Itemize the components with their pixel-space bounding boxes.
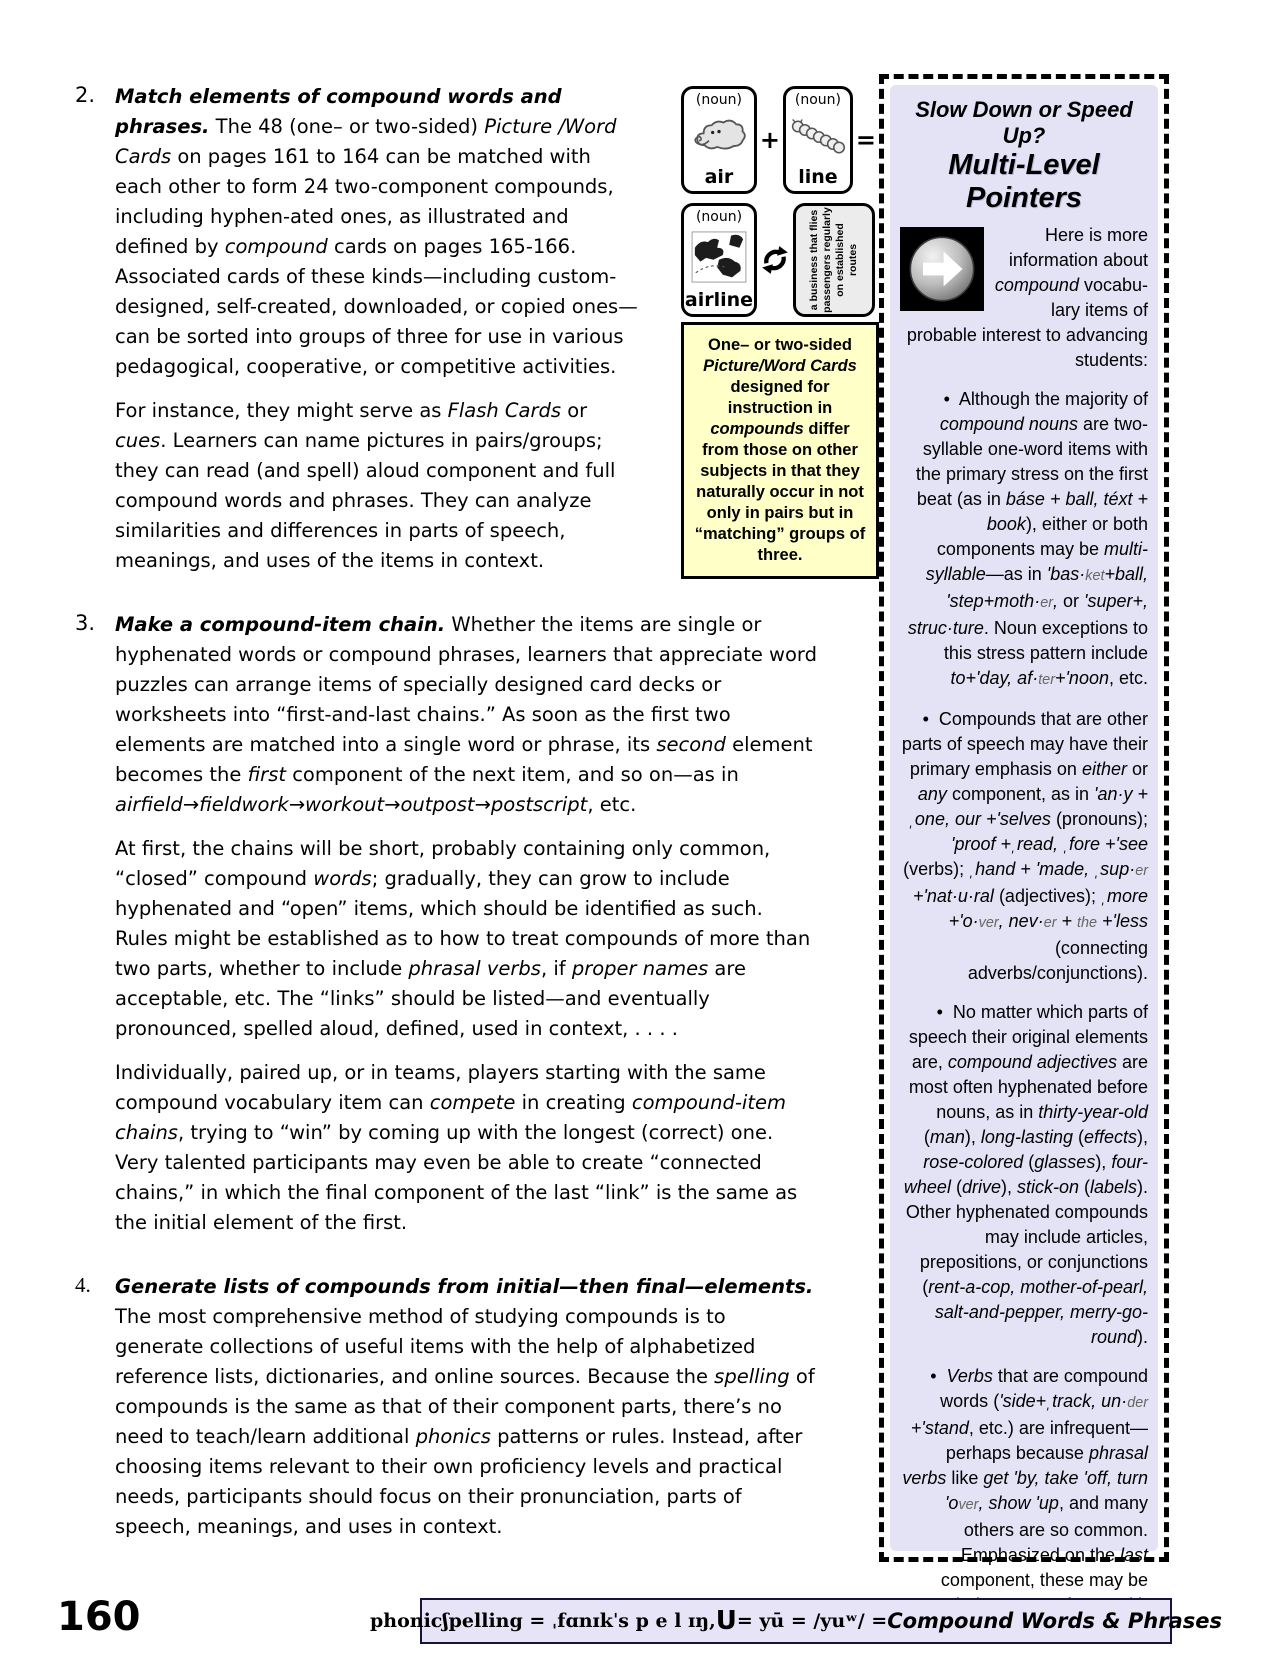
paragraph: At first, the chains will be short, prob… [115,834,820,1044]
item-body: Make a compound-item chain. Whether the … [115,610,820,1252]
arrow-icon [900,227,984,311]
cards-row-equation: (noun) air + (noun) [681,86,879,194]
paragraph: Generate lists of compounds from initial… [115,1272,820,1542]
card-word: air [705,166,734,188]
card-word: line [798,166,837,188]
sidebar-title: Multi-Level Pointers [900,149,1148,215]
sidebar-intro: Here is more information about compound … [900,223,1148,373]
map-illustration [691,231,747,283]
item-number: 2. [75,82,115,590]
definition-text: a business that flies passengers regular… [796,206,872,314]
paragraph: Individually, paired up, or in teams, pl… [115,1058,820,1238]
sidebar-bullet: • Although the majority of compound noun… [900,387,1148,693]
item-number: 4. [75,1272,115,1556]
card-word: airline [685,289,753,311]
item-number: 3. [75,610,115,1252]
card-line: (noun) line [783,86,853,194]
cards-row-result: (noun) airline a business that flies pas… [681,203,879,317]
sidebar-bullet: • Compounds that are other parts of spee… [900,707,1148,986]
sidebar-subtitle: Slow Down or Speed Up? [900,97,1148,149]
card-pos-tag: (noun) [696,92,742,108]
card-airline: (noun) airline [681,203,757,317]
sidebar: Slow Down or Speed Up? Multi-Level Point… [879,74,1169,1562]
caterpillar-illustration [790,118,846,156]
item-body: Generate lists of compounds from initial… [115,1272,820,1556]
book-page: 2. Match elements of compound words and … [0,0,1275,1672]
equals-sign: = [856,126,876,154]
card-air: (noun) air [681,86,757,194]
card-pos-tag: (noun) [795,92,841,108]
paragraph: Match elements of compound words and phr… [115,82,643,382]
card-pos-tag: (noun) [696,209,742,225]
item-body: Match elements of compound words and phr… [115,82,643,590]
definition-card: a business that flies passengers regular… [793,203,875,317]
paragraph: For instance, they might serve as Flash … [115,396,643,576]
cloud-illustration [690,117,748,157]
sidebar-bullet: • No matter which parts of speech their … [900,1000,1148,1350]
list-item-3: 3. Make a compound-item chain. Whether t… [75,610,820,1252]
callout-box: One– or two-sided Picture/Word Cards des… [681,322,879,579]
paragraph: Make a compound-item chain. Whether the … [115,610,820,820]
cycle-icon [760,245,790,275]
picture-word-cards: (noun) air + (noun) [681,86,879,326]
page-number: 160 [57,1594,141,1640]
plus-sign: + [760,126,780,154]
sidebar-panel: Slow Down or Speed Up? Multi-Level Point… [890,85,1158,1551]
list-item-4: 4. Generate lists of compounds from init… [75,1272,820,1556]
footer-bar: phonicʃpelling = ˌfɑnɪkˈs p e l ɪŋ, U = … [420,1598,1172,1644]
